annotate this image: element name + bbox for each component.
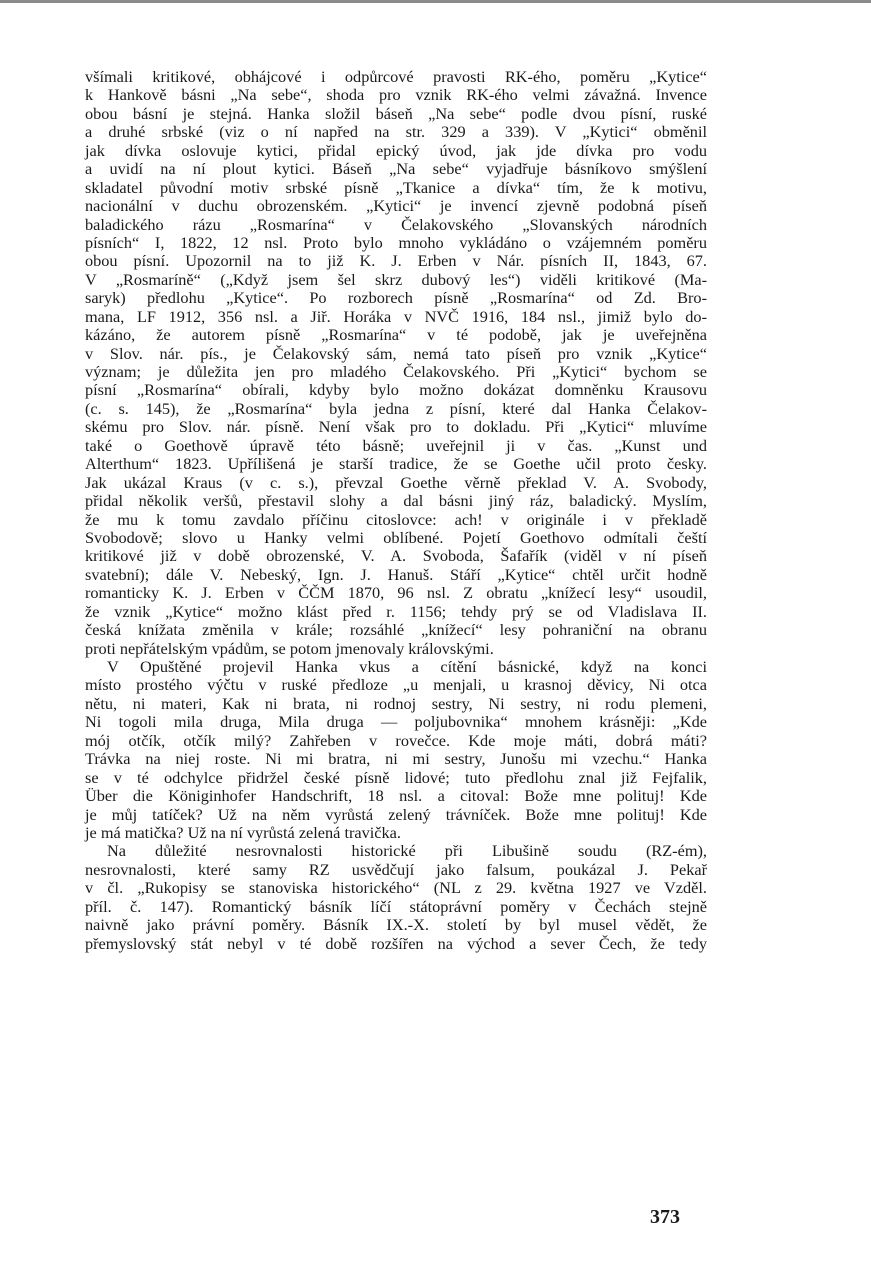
text-line: a druhé srbské (viz o ní napřed na str. …: [85, 123, 707, 141]
text-line: nětu, ni materi, Kak ni brata, ni rodnoj…: [85, 695, 707, 713]
text-line: kritikové již v době obrozenské, V. A. S…: [85, 547, 707, 565]
text-line: Alterthum“ 1823. Upřílišená je starší tr…: [85, 455, 707, 473]
text-line: je má matička? Už na ní vyrůstá zelená t…: [85, 824, 707, 842]
text-line: romanticky K. J. Erben v ČČM 1870, 96 ns…: [85, 584, 707, 602]
text-line: V „Rosmaríně“ („Když jsem šel skrz dubov…: [85, 271, 707, 289]
text-line: je můj tatíček? Už na něm vyrůstá zelený…: [85, 806, 707, 824]
text-line: saryk) předlohu „Kytice“. Po rozborech p…: [85, 289, 707, 307]
text-line: příl. č. 147). Romantický básník líčí st…: [85, 898, 707, 916]
text-line: skladatel původní motiv srbské písně „Tk…: [85, 179, 707, 197]
scan-top-edge: [0, 0, 871, 3]
text-line: proti nepřátelským vpádům, se potom jmen…: [85, 640, 707, 658]
text-line: svatební); dále V. Nebeský, Ign. J. Hanu…: [85, 566, 707, 584]
text-line: obou písní. Upozornil na to již K. J. Er…: [85, 252, 707, 270]
text-line: česká knížata změnila v krále; rozsáhlé …: [85, 621, 707, 639]
text-line: místo prostého výčtu v ruské předloze „u…: [85, 676, 707, 694]
text-line: mój otčík, otčík milý? Zahřeben v rovečc…: [85, 732, 707, 750]
text-line: naivně jako právní poměry. Básník IX.-X.…: [85, 916, 707, 934]
text-line: že mu k tomu zavdalo příčinu citoslovce:…: [85, 511, 707, 529]
text-line: baladického rázu „Rosmarína“ v Čelakovsk…: [85, 216, 707, 234]
text-line: Über die Königinhofer Handschrift, 18 ns…: [85, 787, 707, 805]
text-line: v čl. „Rukopisy se stanoviska historické…: [85, 879, 707, 897]
text-line: a uvidí na ní plout kytici. Báseň „Na se…: [85, 160, 707, 178]
text-line: všímali kritikové, obhájcové i odpůrcové…: [85, 68, 707, 86]
text-line: písní „Rosmarína“ obírali, kdyby bylo mo…: [85, 381, 707, 399]
text-line: Svobodově; slovo u Hanky velmi oblíbené.…: [85, 529, 707, 547]
text-line: Ni togoli mila druga, Mila druga — polju…: [85, 713, 707, 731]
text-line: nacionální v duchu obrozenském. „Kytici“…: [85, 197, 707, 215]
page-body: všímali kritikové, obhájcové i odpůrcové…: [85, 68, 707, 953]
text-line: obou básní je stejná. Hanka složil báseň…: [85, 105, 707, 123]
text-line: kázáno, že autorem písně „Rosmarína“ v t…: [85, 326, 707, 344]
text-line: jak dívka oslovuje kytici, přidal epický…: [85, 142, 707, 160]
text-line: k Hankově básni „Na sebe“, shoda pro vzn…: [85, 86, 707, 104]
text-line: Jak ukázal Kraus (v c. s.), převzal Goet…: [85, 474, 707, 492]
text-line: skému pro Slov. nár. písně. Není však pr…: [85, 418, 707, 436]
paragraph-start-line: Na důležité nesrovnalosti historické při…: [85, 842, 707, 860]
text-line: význam; je důležita jen pro mladého Čela…: [85, 363, 707, 381]
paragraph-start-line: V Opuštěné projevil Hanka vkus a cítění …: [85, 658, 707, 676]
text-line: mana, LF 1912, 356 nsl. a Jiř. Horáka v …: [85, 308, 707, 326]
text-line: že vznik „Kytice“ možno klást před r. 11…: [85, 603, 707, 621]
text-line: písních“ I, 1822, 12 nsl. Proto bylo mno…: [85, 234, 707, 252]
text-line: přemyslovský stát nebyl v té době rozšíř…: [85, 935, 707, 953]
text-line: nesrovnalosti, které samy RZ usvědčují j…: [85, 861, 707, 879]
text-line: přidal několik veršů, přestavil slohy a …: [85, 492, 707, 510]
text-line: Trávka na niej roste. Ni mi bratra, ni m…: [85, 750, 707, 768]
text-line: (c. s. 145), že „Rosmarína“ byla jedna z…: [85, 400, 707, 418]
page-number: 373: [650, 1206, 680, 1229]
text-line: se v té odchylce přidržel české písně li…: [85, 769, 707, 787]
text-line: také o Goethově úpravě této básně; uveře…: [85, 437, 707, 455]
text-line: v Slov. nár. pís., je Čelakovský sám, ne…: [85, 345, 707, 363]
